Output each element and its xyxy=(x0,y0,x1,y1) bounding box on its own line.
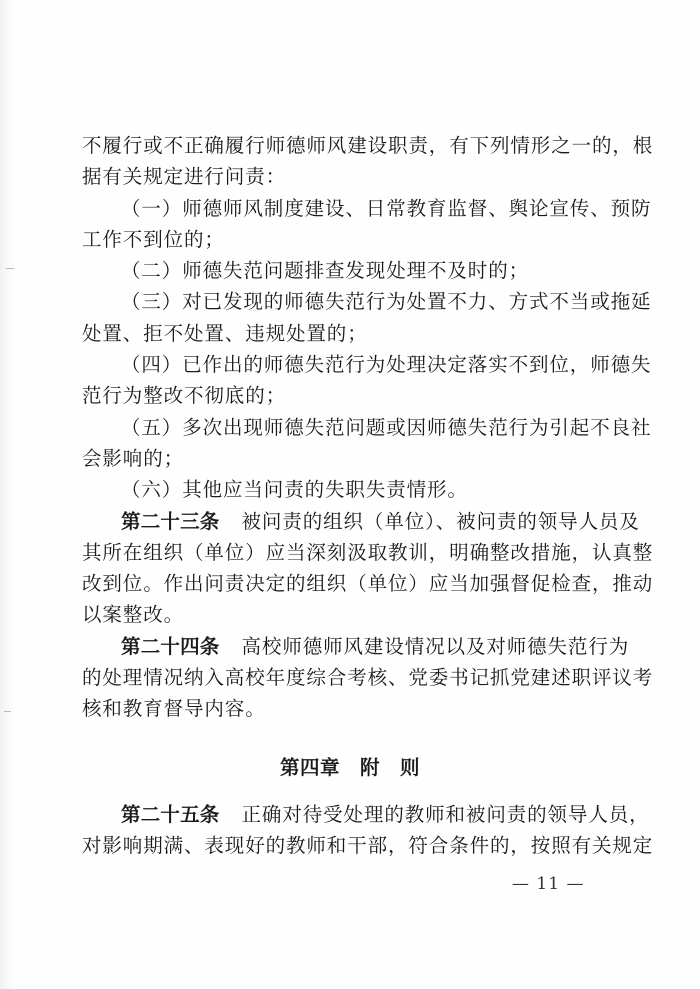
text-line: 对影响期满、表现好的教师和干部，符合条件的，按照有关规定 xyxy=(82,830,604,861)
text-line: 其所在组织（单位）应当深刻汲取教训，明确整改措施，认真整 xyxy=(82,537,604,568)
scan-mark xyxy=(4,711,11,712)
chapter-title-word: 则 xyxy=(400,756,420,779)
article-25-block: 第二十五条正确对待受处理的教师和被问责的领导人员， 对影响期满、表现好的教师和干… xyxy=(82,799,604,862)
scan-mark xyxy=(6,268,14,269)
text-line: 工作不到位的； xyxy=(82,224,604,255)
article-24: 第二十四条高校师德师风建设情况以及对师德失范行为 xyxy=(82,631,604,662)
text-run: 被问责的组织（单位）、被问责的领导人员及 xyxy=(242,510,640,533)
article-label: 第二十三条 xyxy=(121,510,220,533)
list-item-5: （五）多次出现师德失范问题或因师德失范行为引起不良社 xyxy=(82,412,604,443)
article-23: 第二十三条被问责的组织（单位）、被问责的领导人员及 xyxy=(82,506,604,537)
text-line: 核和教育督导内容。 xyxy=(82,693,604,724)
text-run: 高校师德师风建设情况以及对师德失范行为 xyxy=(242,635,630,658)
page-number: — 11 — xyxy=(512,874,584,894)
list-item-3: （三）对已发现的师德失范行为处置不力、方式不当或拖延 xyxy=(82,286,604,317)
list-item-2: （二）师德失范问题排查发现处理不及时的； xyxy=(82,255,604,286)
text-line: 据有关规定进行问责： xyxy=(82,161,604,192)
text-line: 会影响的； xyxy=(82,443,604,474)
text-line: 以案整改。 xyxy=(82,599,604,630)
text-run: 正确对待受处理的教师和被问责的领导人员， xyxy=(242,803,650,826)
text-line: 的处理情况纳入高校年度综合考核、党委书记抓党建述职评议考 xyxy=(82,662,604,693)
scan-edge xyxy=(0,0,18,989)
article-25: 第二十五条正确对待受处理的教师和被问责的领导人员， xyxy=(82,799,604,830)
text-line: 不履行或不正确履行师德师风建设职责，有下列情形之一的，根 xyxy=(82,130,604,161)
list-item-4: （四）已作出的师德失范行为处理决定落实不到位，师德失 xyxy=(82,349,604,380)
chapter-heading: 第四章附则 xyxy=(0,753,700,783)
body-text: 不履行或不正确履行师德师风建设职责，有下列情形之一的，根 据有关规定进行问责： … xyxy=(82,130,604,725)
list-item-1: （一）师德师风制度建设、日常教育监督、舆论宣传、预防 xyxy=(82,193,604,224)
text-line: 改到位。作出问责决定的组织（单位）应当加强督促检查，推动 xyxy=(82,568,604,599)
article-label: 第二十五条 xyxy=(121,803,220,826)
list-item-6: （六）其他应当问责的失职失责情形。 xyxy=(82,474,604,505)
chapter-number: 第四章 xyxy=(280,756,340,779)
text-line: 范行为整改不彻底的； xyxy=(82,380,604,411)
document-page: 不履行或不正确履行师德师风建设职责，有下列情形之一的，根 据有关规定进行问责： … xyxy=(0,0,700,989)
chapter-title-word: 附 xyxy=(360,756,380,779)
text-line: 处置、拒不处置、违规处置的； xyxy=(82,318,604,349)
article-label: 第二十四条 xyxy=(121,635,220,658)
